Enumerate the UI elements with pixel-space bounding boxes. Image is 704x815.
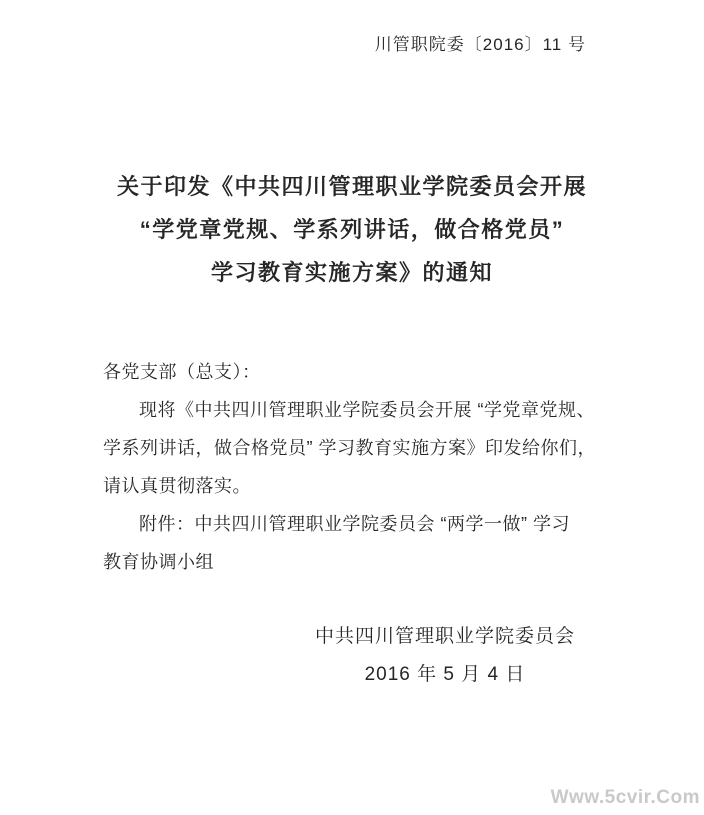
site-watermark: Www.5cvir.Com: [551, 787, 700, 809]
salutation-line: 各党支部（总支）：: [103, 353, 603, 391]
paragraph-1-line-2: 学系列讲话，做合格党员” 学习教育实施方案》印发给你们，: [103, 429, 603, 467]
title-line-1: 关于印发《中共四川管理职业学院委员会开展: [0, 165, 704, 208]
issuing-committee-name: 中共四川管理职业学院委员会: [280, 618, 610, 656]
paragraph-1-line-3: 请认真贯彻落实。: [103, 467, 603, 505]
document-page: 川管职院委〔2016〕11 号 关于印发《中共四川管理职业学院委员会开展 “学党…: [0, 0, 704, 815]
signature-block: 中共四川管理职业学院委员会 2016 年 5 月 4 日: [280, 618, 610, 694]
attachment-line-1: 附件：中共四川管理职业学院委员会 “两学一做” 学习: [103, 505, 603, 543]
issue-date: 2016 年 5 月 4 日: [280, 656, 610, 694]
doc-number: 川管职院委〔2016〕11 号: [0, 30, 586, 55]
title-line-3: 学习教育实施方案》的通知: [0, 251, 704, 294]
paragraph-1-line-1: 现将《中共四川管理职业学院委员会开展 “学党章党规、: [103, 391, 603, 429]
title-line-2: “学党章党规、学系列讲话，做合格党员”: [0, 208, 704, 251]
attachment-line-2: 教育协调小组: [103, 543, 603, 581]
document-body: 各党支部（总支）： 现将《中共四川管理职业学院委员会开展 “学党章党规、 学系列…: [103, 353, 603, 581]
document-title: 关于印发《中共四川管理职业学院委员会开展 “学党章党规、学系列讲话，做合格党员”…: [0, 165, 704, 294]
